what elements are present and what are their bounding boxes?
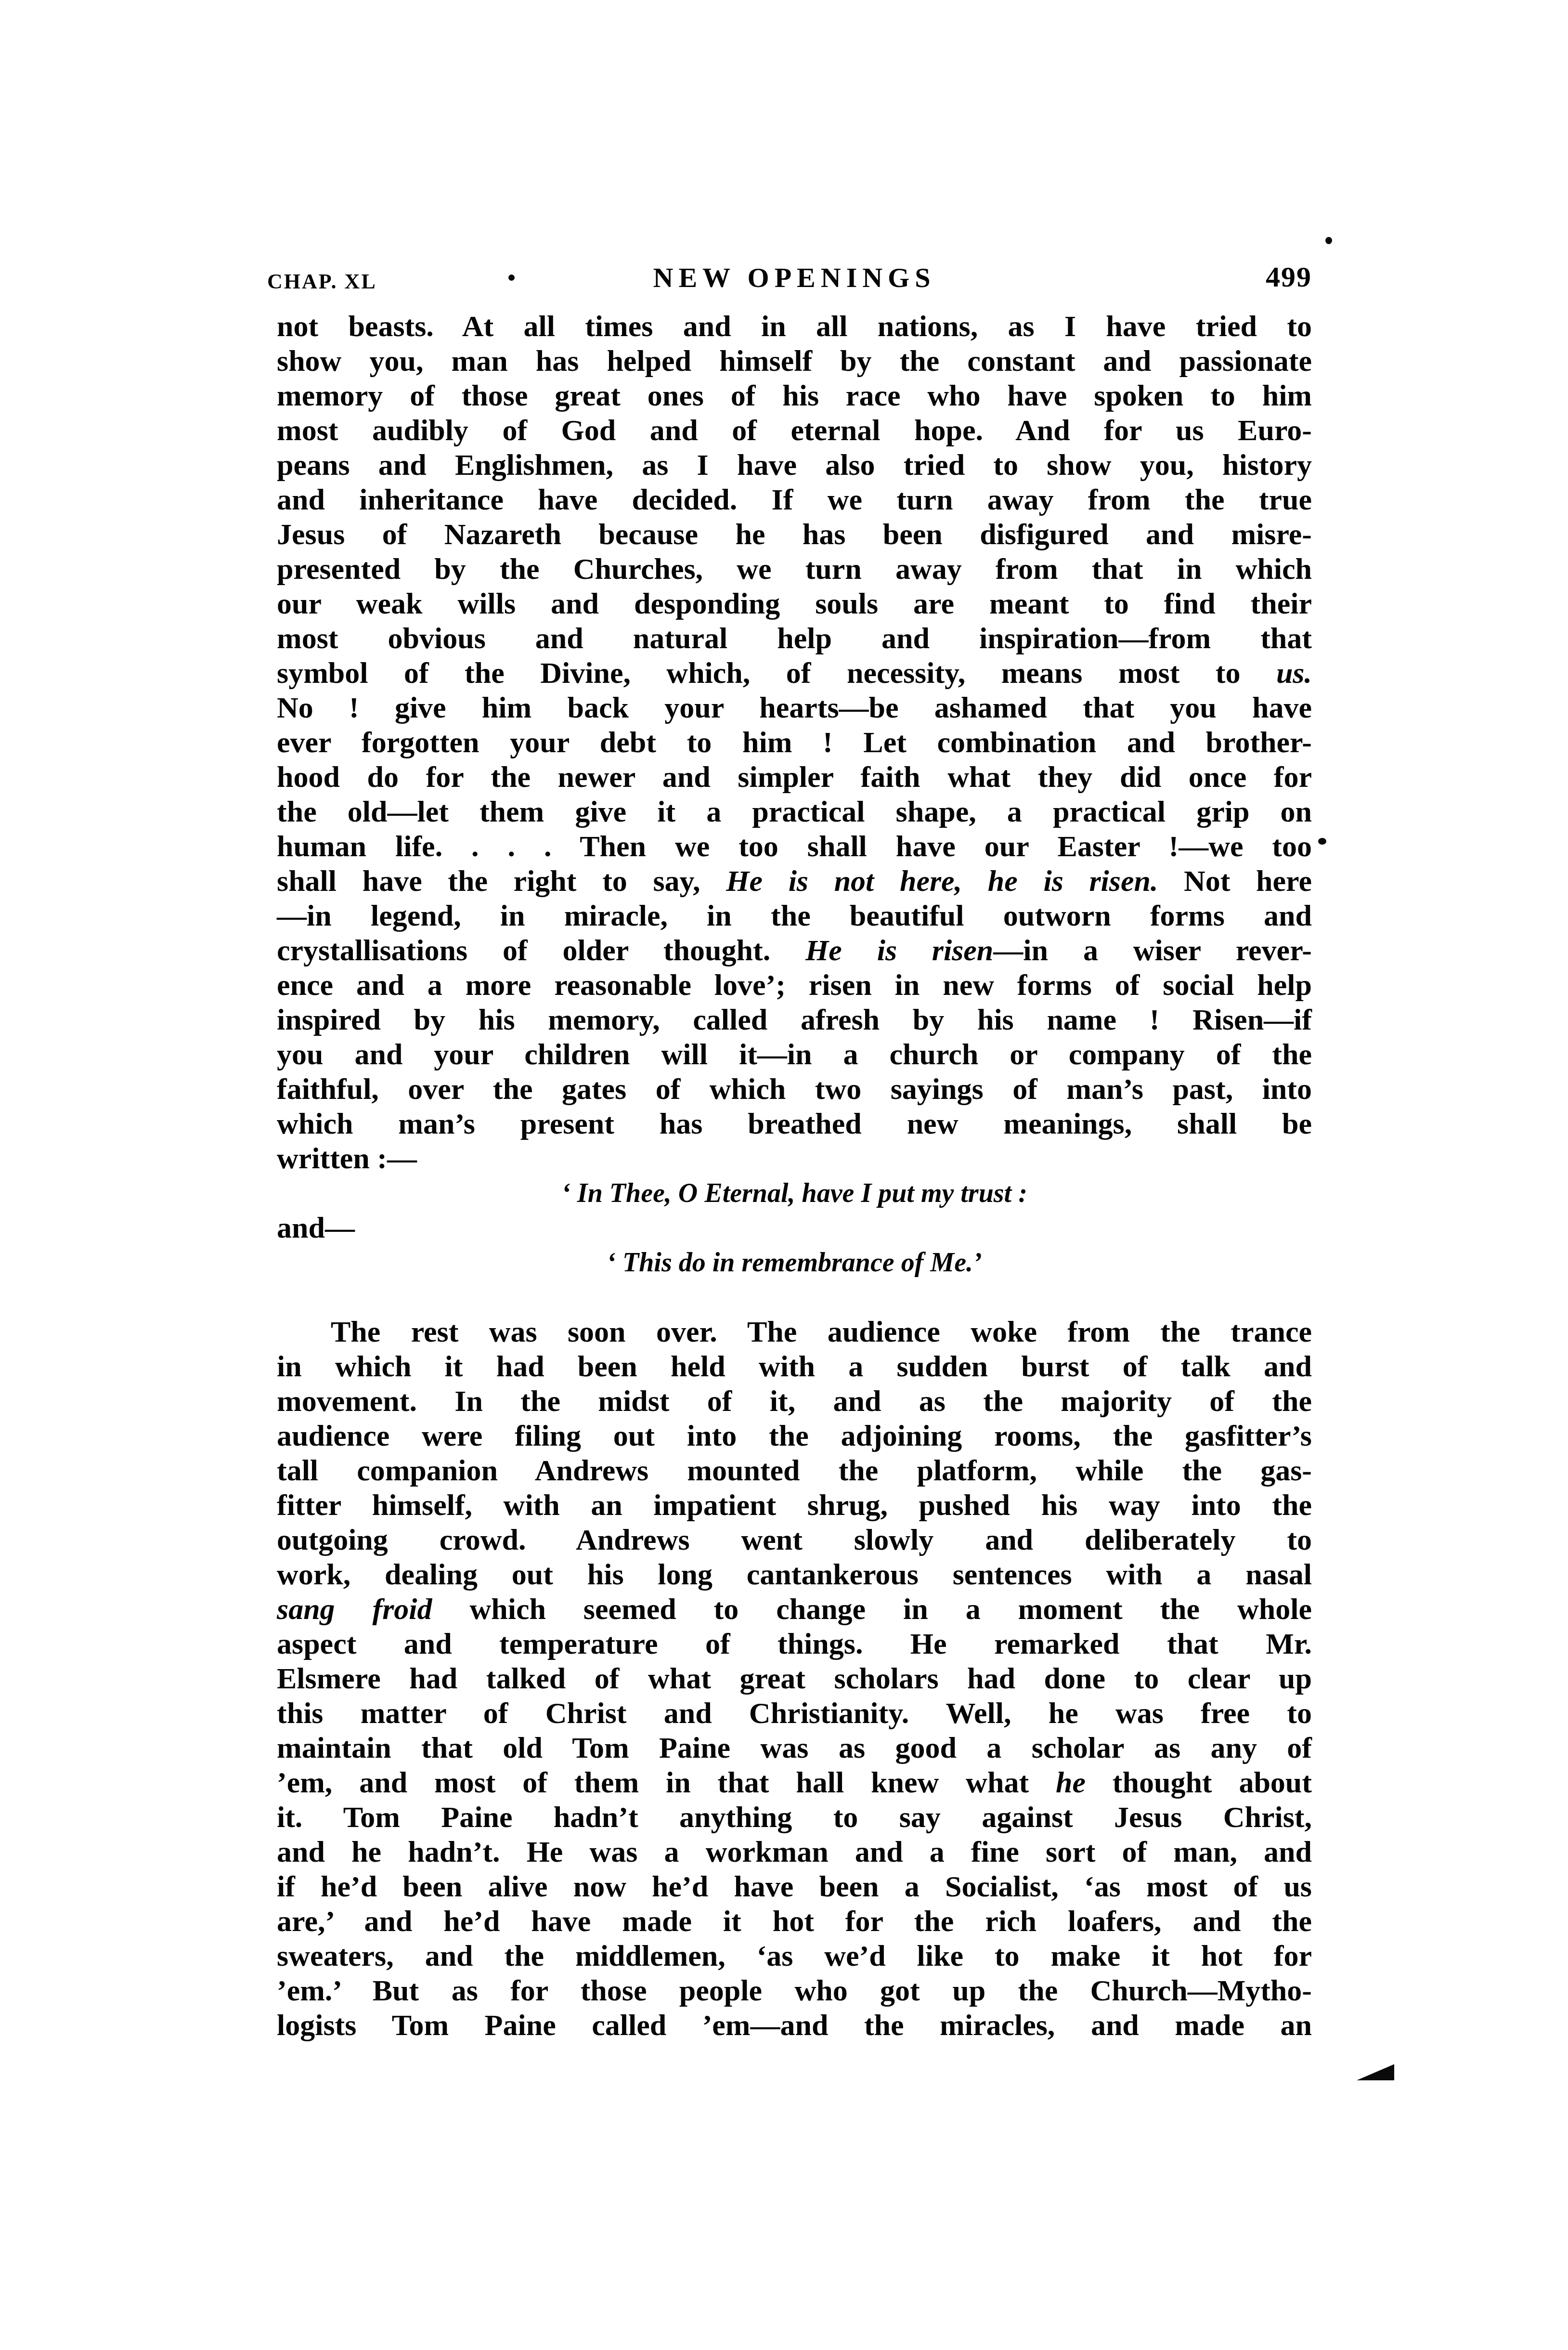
text-line: this matter of Christ and Christianity. … xyxy=(277,1696,1312,1731)
quote-line: ‘ This do in remembrance of Me.’ xyxy=(277,1245,1312,1280)
text-line: not beasts. At all times and in all nati… xyxy=(277,309,1312,344)
text-segment: which seemed to change in a moment the w… xyxy=(432,1593,1312,1626)
paragraph-gap xyxy=(277,1280,1312,1315)
text-line: ence and a more reasonable love’; risen … xyxy=(277,968,1312,1003)
text-line: memory of those great ones of his race w… xyxy=(277,379,1312,413)
text-line: and inheritance have decided. If we turn… xyxy=(277,483,1312,517)
text-line: maintain that old Tom Paine was as good … xyxy=(277,1731,1312,1765)
text-segment: you and your children will it—in a churc… xyxy=(277,1038,1312,1071)
text-segment: show you, man has helped himself by the … xyxy=(277,345,1312,378)
italic-text: us. xyxy=(1276,657,1312,690)
text-segment: movement. In the midst of it, and as the… xyxy=(277,1385,1312,1418)
text-line: presented by the Churches, we turn away … xyxy=(277,552,1312,587)
text-segment: peans and Englishmen, as I have also tri… xyxy=(277,449,1312,482)
text-line: sang froid which seemed to change in a m… xyxy=(277,1592,1312,1627)
quote-line: ‘ In Thee, O Eternal, have I put my trus… xyxy=(277,1176,1312,1211)
text-segment: it. Tom Paine hadn’t anything to say aga… xyxy=(277,1801,1312,1834)
text-segment: are,’ and he’d have made it hot for the … xyxy=(277,1905,1312,1938)
text-line: human life. . . . Then we too shall have… xyxy=(277,829,1312,864)
text-segment: hood do for the newer and simpler faith … xyxy=(277,761,1312,794)
text-line: in which it had been held with a sudden … xyxy=(277,1349,1312,1384)
text-segment: inspired by his memory, called afresh by… xyxy=(277,1004,1312,1036)
ink-speck xyxy=(1325,237,1332,244)
text-segment: maintain that old Tom Paine was as good … xyxy=(277,1732,1312,1764)
text-line: movement. In the midst of it, and as the… xyxy=(277,1384,1312,1419)
text-segment: Jesus of Nazareth because he has been di… xyxy=(277,518,1312,551)
text-segment: —in a wiser rever- xyxy=(993,934,1312,967)
ink-smudge xyxy=(1357,2062,1394,2080)
text-segment: human life. . . . Then we too shall have… xyxy=(277,830,1312,863)
text-segment: ever forgotten your debt to him ! Let co… xyxy=(277,726,1312,759)
text-segment: No ! give him back your hearts—be ashame… xyxy=(277,692,1312,724)
scanned-book-page: { "page": { "background_color": "#ffffff… xyxy=(0,0,1568,2350)
text-segment: not beasts. At all times and in all nati… xyxy=(277,310,1312,343)
text-line: if he’d been alive now he’d have been a … xyxy=(277,1869,1312,1904)
text-line: No ! give him back your hearts—be ashame… xyxy=(277,691,1312,725)
page-header: CHAP. XL NEW OPENINGS 499 xyxy=(277,260,1312,294)
text-line: faithful, over the gates of which two sa… xyxy=(277,1072,1312,1107)
text-line: outgoing crowd. Andrews went slowly and … xyxy=(277,1523,1312,1557)
text-line: and he hadn’t. He was a workman and a fi… xyxy=(277,1835,1312,1869)
text-segment: faithful, over the gates of which two sa… xyxy=(277,1073,1312,1106)
ink-speck xyxy=(1318,838,1326,845)
text-segment: ’em.’ But as for those people who got up… xyxy=(277,1974,1312,2007)
text-line: symbol of the Divine, which, of necessit… xyxy=(277,656,1312,691)
text-segment: logists Tom Paine called ’em—and the mir… xyxy=(277,2009,1312,2042)
text-segment: Elsmere had talked of what great scholar… xyxy=(277,1662,1312,1695)
text-line: Jesus of Nazareth because he has been di… xyxy=(277,517,1312,552)
italic-text: sang froid xyxy=(277,1593,432,1626)
text-segment: ’em, and most of them in that hall knew … xyxy=(277,1766,1056,1799)
text-segment: ‘ This do in remembrance of Me.’ xyxy=(607,1248,982,1278)
running-title: NEW OPENINGS xyxy=(277,261,1312,294)
page-text: not beasts. At all times and in all nati… xyxy=(277,309,1312,2043)
text-line: ’em, and most of them in that hall knew … xyxy=(277,1765,1312,1800)
text-segment: if he’d been alive now he’d have been a … xyxy=(277,1870,1312,1903)
text-segment: work, dealing out his long cantankerous … xyxy=(277,1558,1312,1591)
italic-text: He is not here, he is risen. xyxy=(726,865,1158,898)
text-segment: this matter of Christ and Christianity. … xyxy=(277,1697,1312,1730)
text-segment: most audibly of God and of eternal hope.… xyxy=(277,414,1312,447)
text-line: —in legend, in miracle, in the beautiful… xyxy=(277,899,1312,933)
text-line: inspired by his memory, called afresh by… xyxy=(277,1003,1312,1037)
ink-speck xyxy=(508,274,515,281)
text-segment: thought about xyxy=(1086,1766,1312,1799)
text-line: and— xyxy=(277,1211,1312,1245)
text-segment: fitter himself, with an impatient shrug,… xyxy=(277,1489,1312,1522)
text-line: you and your children will it—in a churc… xyxy=(277,1037,1312,1072)
text-segment: which man’s present has breathed new mea… xyxy=(277,1108,1312,1140)
text-segment: crystallisations of older thought. xyxy=(277,934,805,967)
text-segment: audience were filing out into the adjoin… xyxy=(277,1420,1312,1452)
text-segment: and— xyxy=(277,1212,355,1244)
text-segment: symbol of the Divine, which, of necessit… xyxy=(277,657,1276,690)
text-line: the old—let them give it a practical sha… xyxy=(277,795,1312,829)
text-segment: and inheritance have decided. If we turn… xyxy=(277,483,1312,516)
text-segment: our weak wills and desponding souls are … xyxy=(277,587,1312,620)
text-line: hood do for the newer and simpler faith … xyxy=(277,760,1312,795)
text-line: most audibly of God and of eternal hope.… xyxy=(277,413,1312,448)
text-segment: the old—let them give it a practical sha… xyxy=(277,796,1312,828)
text-line: are,’ and he’d have made it hot for the … xyxy=(277,1904,1312,1939)
text-line: crystallisations of older thought. He is… xyxy=(277,933,1312,968)
text-line: written :— xyxy=(277,1141,1312,1176)
text-segment: tall companion Andrews mounted the platf… xyxy=(277,1454,1312,1487)
text-line: audience were filing out into the adjoin… xyxy=(277,1419,1312,1453)
text-line: ever forgotten your debt to him ! Let co… xyxy=(277,725,1312,760)
text-segment: written :— xyxy=(277,1142,417,1175)
text-segment: outgoing crowd. Andrews went slowly and … xyxy=(277,1524,1312,1556)
text-line: ’em.’ But as for those people who got up… xyxy=(277,1973,1312,2008)
page-background: CHAP. XL NEW OPENINGS 499 not beasts. At… xyxy=(0,0,1568,2350)
text-line: sweaters, and the middlemen, ‘as we’d li… xyxy=(277,1939,1312,1973)
text-segment: sweaters, and the middlemen, ‘as we’d li… xyxy=(277,1940,1312,1972)
text-line: peans and Englishmen, as I have also tri… xyxy=(277,448,1312,483)
italic-text: He is risen xyxy=(805,934,993,967)
text-line: logists Tom Paine called ’em—and the mir… xyxy=(277,2008,1312,2043)
text-segment: memory of those great ones of his race w… xyxy=(277,379,1312,412)
page-number: 499 xyxy=(1266,261,1312,294)
text-segment: in which it had been held with a sudden … xyxy=(277,1350,1312,1383)
text-line: The rest was soon over. The audience wok… xyxy=(277,1315,1312,1349)
text-line: show you, man has helped himself by the … xyxy=(277,344,1312,379)
text-line: shall have the right to say, He is not h… xyxy=(277,864,1312,899)
text-segment: most obvious and natural help and inspir… xyxy=(277,622,1312,655)
text-segment: Not here xyxy=(1158,865,1312,898)
text-line: work, dealing out his long cantankerous … xyxy=(277,1557,1312,1592)
text-line: tall companion Andrews mounted the platf… xyxy=(277,1453,1312,1488)
text-segment: shall have the right to say, xyxy=(277,865,726,898)
text-segment: aspect and temperature of things. He rem… xyxy=(277,1628,1312,1660)
text-line: our weak wills and desponding souls are … xyxy=(277,587,1312,621)
text-line: Elsmere had talked of what great scholar… xyxy=(277,1661,1312,1696)
text-segment: and he hadn’t. He was a workman and a fi… xyxy=(277,1836,1312,1868)
text-line: it. Tom Paine hadn’t anything to say aga… xyxy=(277,1800,1312,1835)
text-segment: presented by the Churches, we turn away … xyxy=(277,553,1312,586)
text-line: which man’s present has breathed new mea… xyxy=(277,1107,1312,1141)
text-segment: ‘ In Thee, O Eternal, have I put my trus… xyxy=(561,1178,1027,1208)
text-line: most obvious and natural help and inspir… xyxy=(277,621,1312,656)
text-line: aspect and temperature of things. He rem… xyxy=(277,1627,1312,1661)
text-line: fitter himself, with an impatient shrug,… xyxy=(277,1488,1312,1523)
text-segment: The rest was soon over. The audience wok… xyxy=(331,1316,1312,1348)
text-segment: ence and a more reasonable love’; risen … xyxy=(277,969,1312,1002)
italic-text: he xyxy=(1056,1766,1086,1799)
text-segment: —in legend, in miracle, in the beautiful… xyxy=(277,900,1312,932)
